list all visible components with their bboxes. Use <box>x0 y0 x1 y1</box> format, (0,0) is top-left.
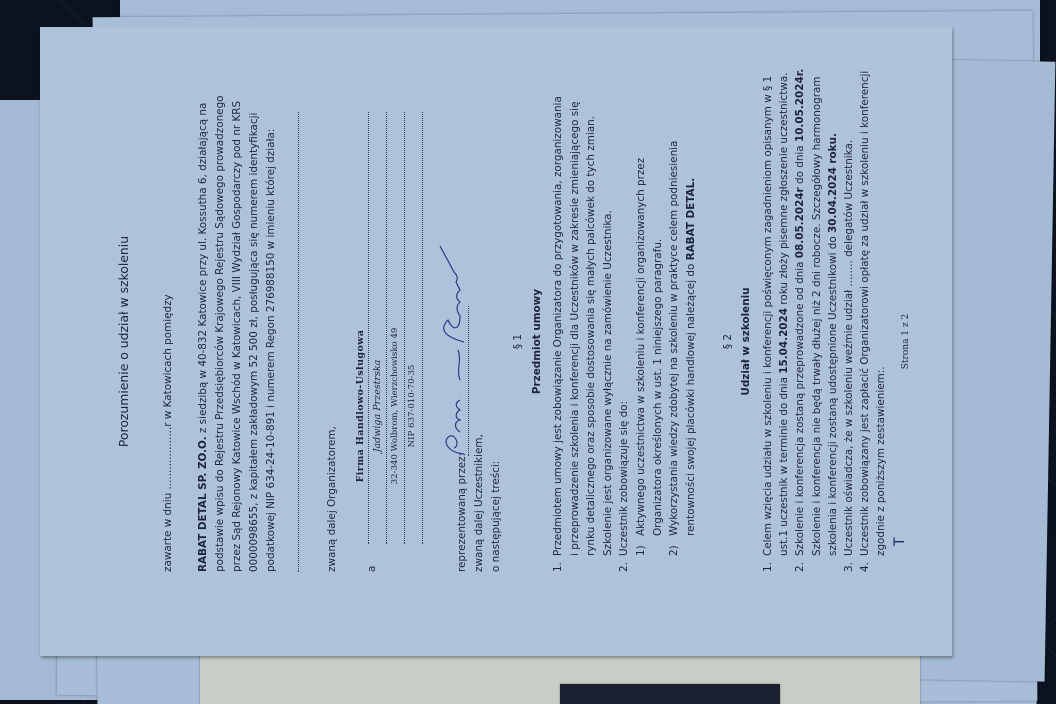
section-1-text-line: Szkolenie jest organizowane wyłącznie na… <box>600 210 617 556</box>
list-number: 4. <box>857 562 874 572</box>
stamp-line-owner: Jadwiga Przestrska <box>370 306 387 506</box>
section-2-number: § 2 <box>720 27 737 656</box>
section-2-text-line: ust.1 uczestnik w terminie do dnia 15.04… <box>776 73 793 556</box>
date-value: 15.04.2024 <box>778 308 790 374</box>
list-number: 3. <box>841 562 858 572</box>
section-2-text-line: Szkolenie i konferencja nie będą trwały … <box>809 76 826 556</box>
section-1-text-line: rynku detalicznego oraz sposobie dostoso… <box>583 116 600 556</box>
date-value: 08.05.2024r <box>794 187 806 258</box>
list-number: 1) <box>633 545 650 556</box>
organizer-label: zwaną dalej Organizatorem, <box>324 426 341 572</box>
date-value: 30.04.2024 roku. <box>827 133 839 233</box>
intro-suffix: r w Katowicach pomiędzy <box>162 294 174 426</box>
list-number: 2) <box>666 545 683 556</box>
section-1-subitem-line: rentowności swojej placówki handlowej na… <box>683 178 700 536</box>
and-label: a <box>364 566 381 572</box>
organizer-paragraph-line: 0000098655, z kapitałem zakładowym 52 50… <box>246 113 263 572</box>
section-2-text-line: Uczestnik oświadcza, że w szkoleniu weźm… <box>841 140 858 556</box>
binder-edge <box>560 684 780 704</box>
section-1-subitem-line: Wykorzystania wiedzy zdobytej na szkolen… <box>666 141 683 536</box>
intro-line: zawarte w dniu ...................r w Ka… <box>160 294 177 572</box>
signature-line <box>468 306 469 456</box>
list-number: 2. <box>616 562 633 572</box>
represented-by-label: reprezentowaną przez: <box>454 453 471 572</box>
section-2-text-line: Szkolenie i konferencja zostaną przeprow… <box>792 69 809 556</box>
section-1-subitem-line: Organizatora określonych w ust. 1 niniej… <box>650 239 667 536</box>
section-2-text-line: szkolenia i konferencji zostaną udostępn… <box>825 133 842 556</box>
handwritten-signature <box>438 240 468 460</box>
content-label: o następującej treści: <box>488 461 505 572</box>
section-1-heading: Przedmiot umowy <box>529 27 546 656</box>
company-name: RABAT DETAL SP. ZO.O. <box>197 436 209 572</box>
document-page: Porozumienie o udział w szkoleniu zawart… <box>40 27 952 656</box>
blank-line <box>422 112 423 544</box>
section-1-number: § 1 <box>510 27 527 656</box>
stamp-line-company: Firma Handlowo-Usługowa <box>353 306 370 506</box>
company-name: RABAT DETAL. <box>685 178 697 261</box>
date-blank: ................... <box>162 427 174 490</box>
blank-line <box>298 112 299 572</box>
section-1-text-line: Przedmiotem umowy jest zobowiązanie Orga… <box>550 96 567 556</box>
intro-prefix: zawarte w dniu <box>162 490 174 573</box>
section-1-subitem-line: Aktywnego uczestnictwa w szkoleniu i kon… <box>633 158 650 536</box>
list-number: 2. <box>792 562 809 572</box>
organizer-paragraph-line: przez Sąd Rejonowy Katowice Wschód w Kat… <box>229 101 246 572</box>
document-title: Porozumienie o udział w szkoleniu <box>116 27 133 656</box>
stamp-line-nip: NIP 637-010-70-35 <box>404 306 421 506</box>
participant-label: zwaną dalej Uczestnikiem, <box>471 434 488 572</box>
organizer-paragraph-line: RABAT DETAL SP. ZO.O. z siedzibą w 40-83… <box>195 103 212 572</box>
page-footer: Strona 1 z 2 <box>898 27 915 656</box>
section-2-text-line: Celem wzięcia udziału w szkoleniu i konf… <box>760 76 777 556</box>
list-number: 1. <box>760 562 777 572</box>
list-number: 1. <box>550 562 567 572</box>
section-1-text-line: Uczestnik zobowiązuje się do: <box>616 401 633 556</box>
section-2-heading: Udział w szkoleniu <box>738 27 755 656</box>
stamp-line-address: 32-340 Wolbrom, Wierzchowisko 49 <box>387 306 404 506</box>
section-1-text-line: i przeprowadzenie szkolenia i konferencj… <box>567 102 584 556</box>
date-value: 10.05.2024r. <box>794 69 806 142</box>
section-2-text-line: zgodnie z poniższym zestawieniem:. <box>873 366 890 556</box>
organizer-paragraph-line: podstawie wpisu do Rejestru Przedsiębior… <box>212 95 229 572</box>
organizer-paragraph-line: podatkowej NIP 634-24-10-891 i numerem R… <box>263 129 280 572</box>
section-2-text-line: Uczestnik zobowiązany jest zapłacić Orga… <box>857 71 874 556</box>
